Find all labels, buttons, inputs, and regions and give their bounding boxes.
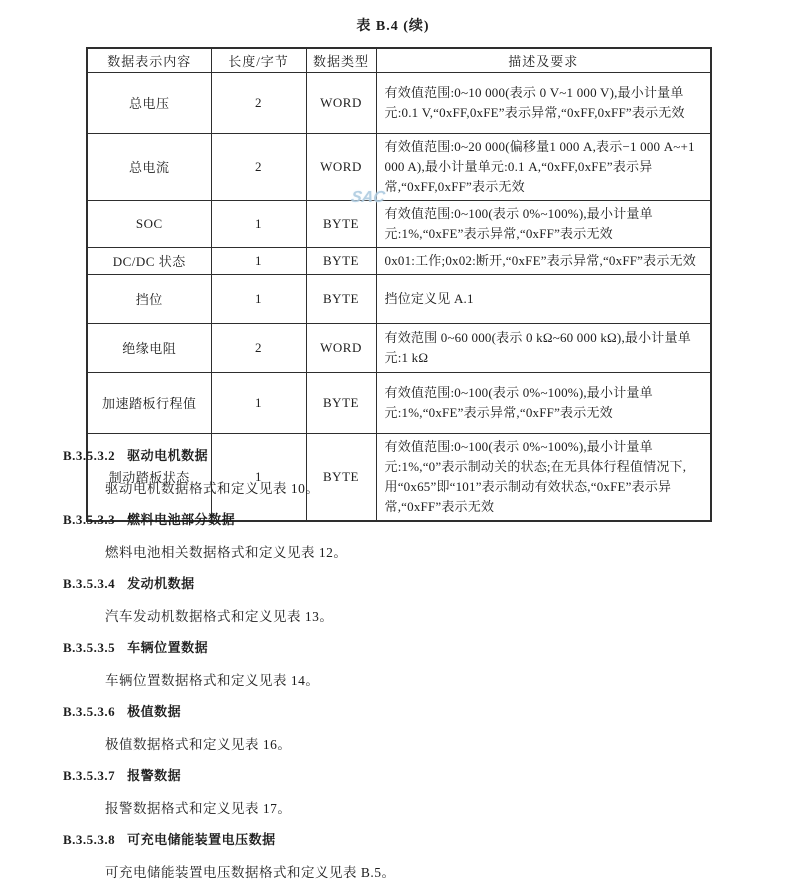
spec-table-header: 数据表示内容 长度/字节 数据类型 描述及要求 (87, 48, 711, 72)
section-heading: B.3.5.3.2驱动电机数据 (63, 448, 723, 464)
cell-description: 有效值范围:0~10 000(表示 0 V~1 000 V),最小计量单元:0.… (376, 72, 711, 133)
cell-data-type: BYTE (306, 372, 376, 433)
header-cell-content: 数据表示内容 (87, 48, 211, 72)
section-body: 汽车发动机数据格式和定义见表 13。 (63, 608, 723, 625)
cell-description: 挡位定义见 A.1 (376, 274, 711, 323)
cell-data-name: 挡位 (87, 274, 211, 323)
section-body: 燃料电池相关数据格式和定义见表 12。 (63, 544, 723, 561)
table-title: 表 B.4 (续) (0, 15, 786, 35)
section-heading-text: 驱动电机数据 (127, 448, 208, 463)
cell-data-name: 总电压 (87, 72, 211, 133)
cell-data-name: 总电流 (87, 133, 211, 200)
section-heading-text: 车辆位置数据 (127, 640, 208, 655)
section-heading-text: 极值数据 (127, 704, 181, 719)
table-row: 总电流 2 WORD 有效值范围:0~20 000(偏移量1 000 A,表示−… (87, 133, 711, 200)
cell-data-type: BYTE (306, 274, 376, 323)
section-heading-text: 可充电储能装置电压数据 (127, 832, 276, 847)
section-heading-text: 报警数据 (127, 768, 181, 783)
table-row: 总电压 2 WORD 有效值范围:0~10 000(表示 0 V~1 000 V… (87, 72, 711, 133)
cell-length: 1 (211, 372, 306, 433)
section-heading: B.3.5.3.7报警数据 (63, 768, 723, 784)
cell-data-type: BYTE (306, 247, 376, 274)
cell-data-type: WORD (306, 72, 376, 133)
section: B.3.5.3.2驱动电机数据 驱动电机数据格式和定义见表 10。 (63, 448, 723, 497)
table-row: DC/DC 状态 1 BYTE 0x01:工作;0x02:断开,“0xFE”表示… (87, 247, 711, 274)
header-cell-type: 数据类型 (306, 48, 376, 72)
section: B.3.5.3.5车辆位置数据 车辆位置数据格式和定义见表 14。 (63, 640, 723, 689)
section-heading: B.3.5.3.4发动机数据 (63, 576, 723, 592)
header-cell-desc: 描述及要求 (376, 48, 711, 72)
header-cell-length: 长度/字节 (211, 48, 306, 72)
section-heading: B.3.5.3.5车辆位置数据 (63, 640, 723, 656)
cell-length: 1 (211, 247, 306, 274)
cell-description: 有效值范围:0~100(表示 0%~100%),最小计量单元:1%,“0xFE”… (376, 200, 711, 247)
section-heading: B.3.5.3.8可充电储能装置电压数据 (63, 832, 723, 848)
cell-data-name: 加速踏板行程值 (87, 372, 211, 433)
cell-data-type: WORD (306, 323, 376, 372)
section: B.3.5.3.4发动机数据 汽车发动机数据格式和定义见表 13。 (63, 576, 723, 625)
section-number: B.3.5.3.2 (63, 448, 115, 463)
section: B.3.5.3.7报警数据 报警数据格式和定义见表 17。 (63, 768, 723, 817)
section-heading: B.3.5.3.6极值数据 (63, 704, 723, 720)
cell-description: 有效值范围:0~100(表示 0%~100%),最小计量单元:1%,“0xFE”… (376, 372, 711, 433)
table-row: 加速踏板行程值 1 BYTE 有效值范围:0~100(表示 0%~100%),最… (87, 372, 711, 433)
cell-length: 1 (211, 200, 306, 247)
section: B.3.5.3.3燃料电池部分数据 燃料电池相关数据格式和定义见表 12。 (63, 512, 723, 561)
section: B.3.5.3.8可充电储能装置电压数据 可充电储能装置电压数据格式和定义见表 … (63, 832, 723, 881)
section-body: 车辆位置数据格式和定义见表 14。 (63, 672, 723, 689)
cell-description: 有效范围 0~60 000(表示 0 kΩ~60 000 kΩ),最小计量单元:… (376, 323, 711, 372)
section-number: B.3.5.3.4 (63, 576, 115, 591)
cell-length: 2 (211, 323, 306, 372)
cell-description: 0x01:工作;0x02:断开,“0xFE”表示异常,“0xFF”表示无效 (376, 247, 711, 274)
section-number: B.3.5.3.7 (63, 768, 115, 783)
header-row: 数据表示内容 长度/字节 数据类型 描述及要求 (87, 48, 711, 72)
section-body: 可充电储能装置电压数据格式和定义见表 B.5。 (63, 864, 723, 881)
document-page: 表 B.4 (续) 数据表示内容 长度/字节 数据类型 描述及要求 总电压 2 … (0, 0, 786, 895)
section-body: 报警数据格式和定义见表 17。 (63, 800, 723, 817)
cell-description: 有效值范围:0~20 000(偏移量1 000 A,表示−1 000 A~+1 … (376, 133, 711, 200)
cell-data-name: 绝缘电阻 (87, 323, 211, 372)
section-number: B.3.5.3.8 (63, 832, 115, 847)
section-number: B.3.5.3.3 (63, 512, 115, 527)
table-row: SOC 1 BYTE 有效值范围:0~100(表示 0%~100%),最小计量单… (87, 200, 711, 247)
cell-length: 2 (211, 133, 306, 200)
section-body: 极值数据格式和定义见表 16。 (63, 736, 723, 753)
section-heading-text: 燃料电池部分数据 (127, 512, 235, 527)
cell-data-type: WORD (306, 133, 376, 200)
cell-data-type: BYTE (306, 200, 376, 247)
cell-length: 1 (211, 274, 306, 323)
cell-length: 2 (211, 72, 306, 133)
table-row: 挡位 1 BYTE 挡位定义见 A.1 (87, 274, 711, 323)
sections-list: B.3.5.3.2驱动电机数据 驱动电机数据格式和定义见表 10。 B.3.5.… (63, 448, 723, 895)
cell-data-name: DC/DC 状态 (87, 247, 211, 274)
section-body: 驱动电机数据格式和定义见表 10。 (63, 480, 723, 497)
section-number: B.3.5.3.6 (63, 704, 115, 719)
section-heading: B.3.5.3.3燃料电池部分数据 (63, 512, 723, 528)
table-row: 绝缘电阻 2 WORD 有效范围 0~60 000(表示 0 kΩ~60 000… (87, 323, 711, 372)
cell-data-name: SOC (87, 200, 211, 247)
section: B.3.5.3.6极值数据 极值数据格式和定义见表 16。 (63, 704, 723, 753)
section-heading-text: 发动机数据 (127, 576, 195, 591)
section-number: B.3.5.3.5 (63, 640, 115, 655)
